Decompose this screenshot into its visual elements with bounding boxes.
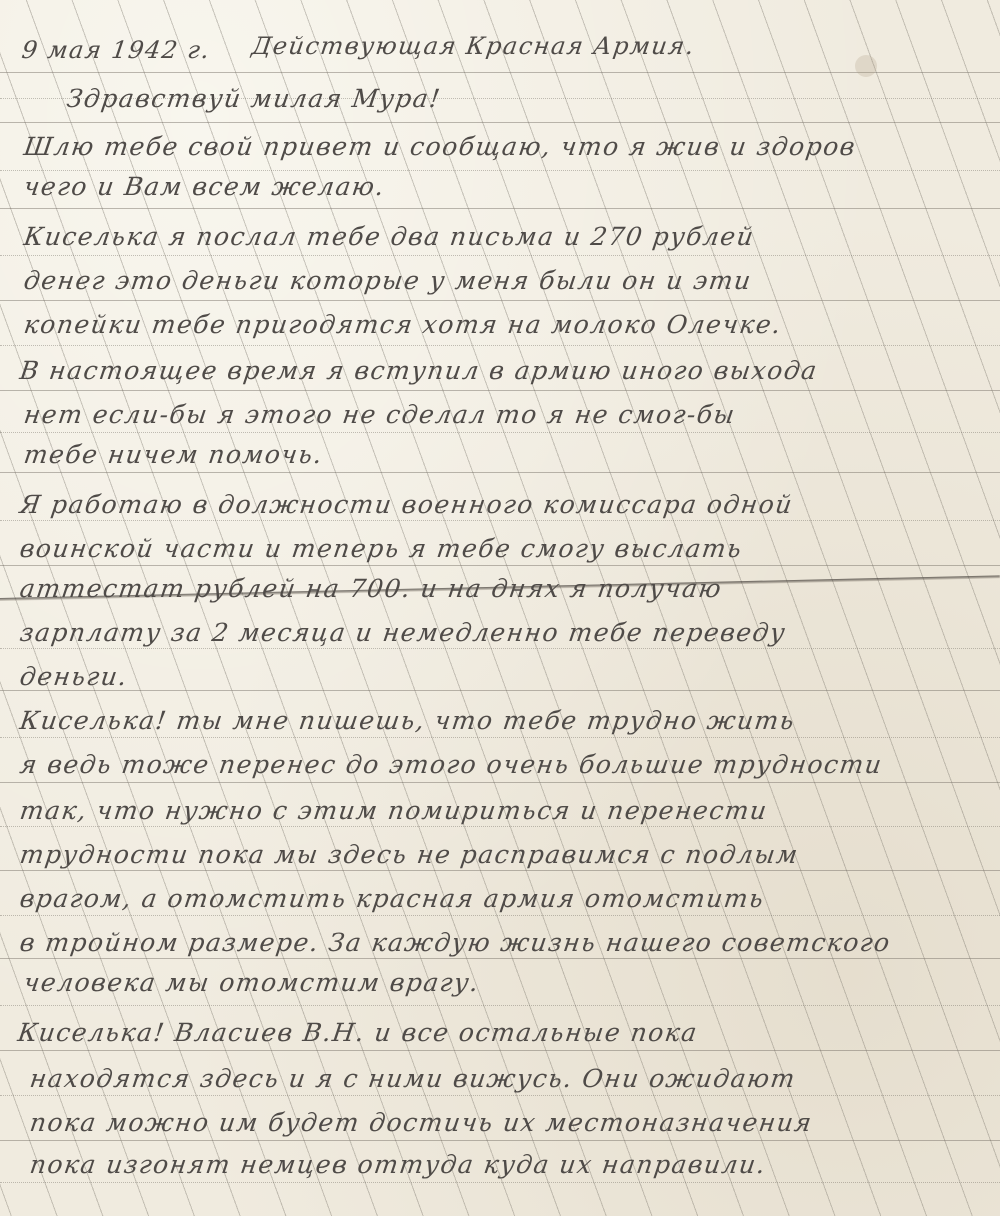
letter-line: трудности пока мы здесь не расправимся с…	[18, 840, 801, 869]
letter-line: находятся здесь и я с ними вижусь. Они о…	[28, 1064, 798, 1093]
letter-line: Я работаю в должности военного комиссара…	[18, 490, 795, 519]
letter-line: так, что нужно с этим помириться и перен…	[18, 796, 770, 825]
letter-line: в тройном размере. За каждую жизнь нашег…	[18, 928, 893, 957]
letter-line: денег это деньги которые у меня были он …	[22, 266, 754, 295]
letter-line: деньги.	[18, 662, 130, 691]
letter-line: Шлю тебе свой привет и сообщаю, что я жи…	[22, 132, 858, 161]
letter-line: Киселька я послал тебе два письма и 270 …	[22, 222, 756, 251]
letter-line: чего и Вам всем желаю.	[22, 172, 387, 201]
letter-line: копейки тебе пригодятся хотя на молоко О…	[22, 310, 784, 339]
letter-line: тебе ничем помочь.	[22, 440, 325, 469]
letter-text: 9 мая 1942 г. Действующая Красная Армия.…	[0, 0, 1000, 1216]
letter-line: пока изгонят немцев оттуда куда их напра…	[28, 1150, 768, 1179]
letter-greeting: Здравствуй милая Мура!	[65, 84, 443, 113]
letter-line: зарплату за 2 месяца и немедленно тебе п…	[18, 618, 788, 647]
letter-line: нет если-бы я этого не сделал то я не см…	[22, 400, 738, 429]
letter-location: Действующая Красная Армия.	[250, 32, 697, 60]
letter-date: 9 мая 1942 г.	[20, 36, 213, 64]
letter-page: 9 мая 1942 г. Действующая Красная Армия.…	[0, 0, 1000, 1216]
letter-line: Киселька! Власиев В.Н. и все остальные п…	[16, 1018, 700, 1047]
letter-line: воинской части и теперь я тебе смогу выс…	[18, 534, 744, 563]
letter-line: аттестат рублей на 700. и на днях я полу…	[18, 574, 724, 603]
letter-line: человека мы отомстим врагу.	[22, 968, 482, 997]
letter-line: я ведь тоже перенес до этого очень больш…	[18, 750, 885, 779]
letter-line: пока можно им будет достичь их местоназн…	[28, 1108, 815, 1137]
letter-line: В настоящее время я вступил в армию иног…	[18, 356, 820, 385]
letter-line: врагом, а отомстить красная армия отомст…	[18, 884, 766, 913]
letter-line: Киселька! ты мне пишешь, что тебе трудно…	[18, 706, 797, 735]
